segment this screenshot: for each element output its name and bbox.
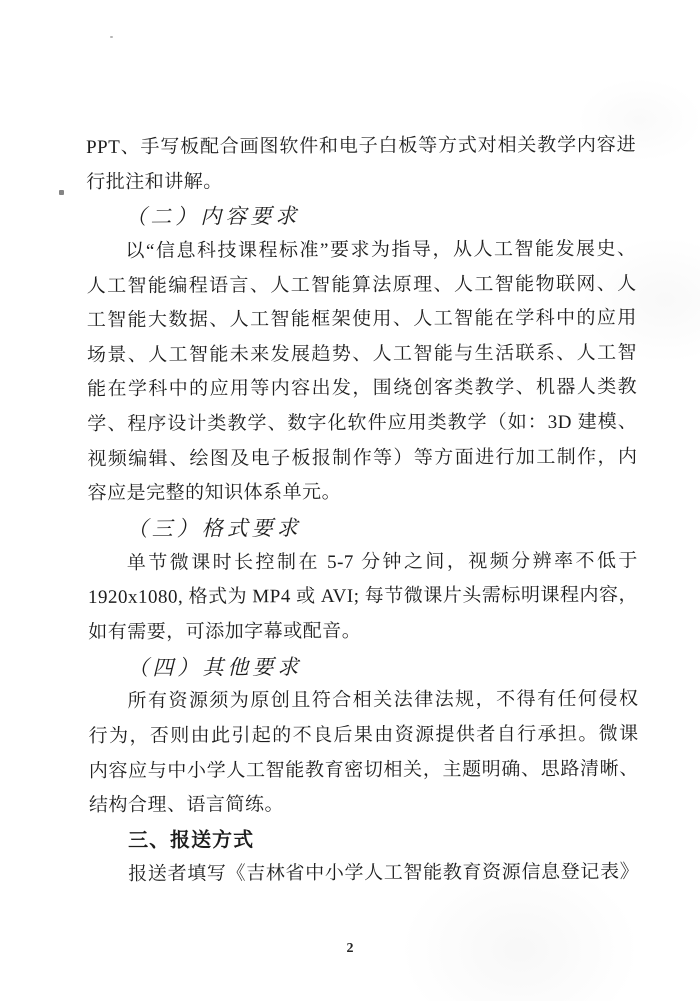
- body-line: 如有需要，可添加字幕或配音。: [88, 614, 638, 651]
- body-line: PPT、手写板配合画图软件和电子白板等方式对相关教学内容进: [86, 129, 636, 166]
- heading-other-requirements: （四）其他要求: [88, 648, 638, 685]
- scanned-document-page: PPT、手写板配合画图软件和电子白板等方式对相关教学内容进 行批注和讲解。 （二…: [0, 0, 700, 1001]
- body-line: 报送者填写《吉林省中小学人工智能教育资源信息登记表》: [89, 856, 639, 893]
- body-line: 容应是完整的知识体系单元。: [88, 475, 638, 512]
- scan-speck: [110, 36, 113, 38]
- heading-submission-method: 三、报送方式: [89, 821, 639, 858]
- body-line: 单节微课时长控制在 5-7 分钟之间，视频分辨率不低于: [88, 544, 638, 581]
- body-line: 人工智能编程语言、人工智能算法原理、人工智能物联网、人: [87, 267, 637, 304]
- body-line: 视频编辑、绘图及电子板报制作等）等方面进行加工制作，内: [87, 440, 637, 477]
- heading-content-requirements: （二）内容要求: [86, 198, 636, 235]
- body-line: 内容应与中小学人工智能教育密切相关，主题明确、思路清晰、: [89, 752, 639, 789]
- body-line: 能在学科中的应用等内容出发，围绕创客类教学、机器人类教: [87, 371, 637, 408]
- scan-speck: [59, 190, 64, 195]
- body-line: 行批注和讲解。: [86, 163, 636, 200]
- body-line: 工智能大数据、人工智能框架使用、人工智能在学科中的应用: [87, 302, 637, 339]
- body-line: 结构合理、语言简练。: [89, 787, 639, 824]
- body-line: 行为，否则由此引起的不良后果由资源提供者自行承担。微课: [89, 717, 639, 754]
- body-line: 学、程序设计类教学、数字化软件应用类教学（如：3D 建模、: [87, 406, 637, 443]
- body-line: 场景、人工智能未来发展趋势、人工智能与生活联系、人工智: [87, 336, 637, 373]
- body-line: 所有资源须为原创且符合相关法律法规，不得有任何侵权: [88, 683, 638, 720]
- page-number: 2: [0, 941, 700, 957]
- document-body: PPT、手写板配合画图软件和电子白板等方式对相关教学内容进 行批注和讲解。 （二…: [86, 129, 639, 893]
- body-line: 1920x1080, 格式为 MP4 或 AVI; 每节微课片头需标明课程内容，: [88, 579, 638, 616]
- heading-format-requirements: （三）格式要求: [88, 510, 638, 547]
- body-line: 以“信息科技课程标准”要求为指导，从人工智能发展史、: [86, 233, 636, 270]
